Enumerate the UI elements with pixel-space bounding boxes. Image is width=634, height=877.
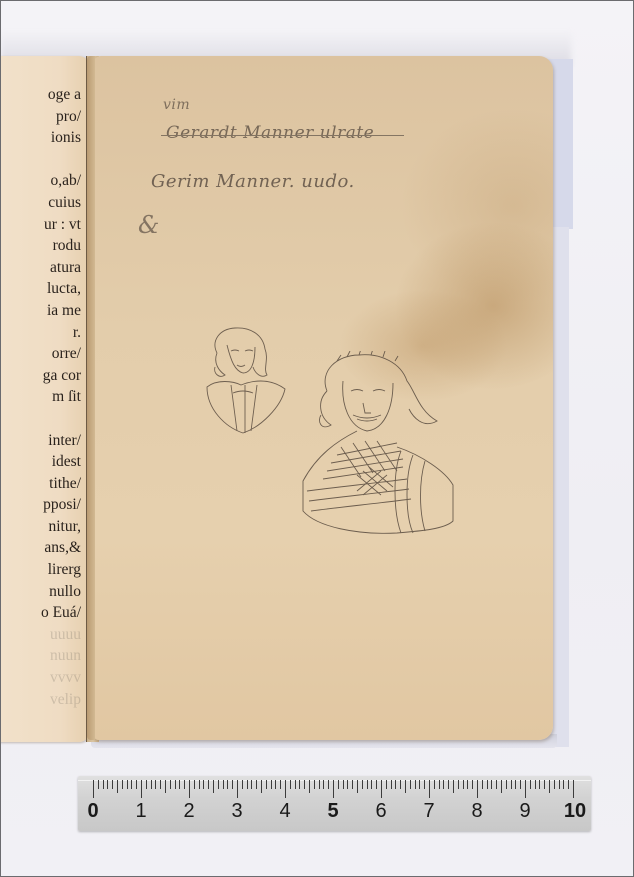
ruler-tick: [463, 780, 464, 789]
ruler-tick: [179, 780, 180, 789]
ruler-tick: [386, 780, 387, 789]
printed-line: pro/: [1, 106, 81, 128]
ruler-tick: [453, 780, 454, 793]
ruler-tick: [333, 780, 334, 798]
printed-line: [1, 149, 81, 171]
strikethrough-line: [161, 135, 404, 136]
ruler-tick: [275, 780, 276, 789]
ruler-tick: [405, 780, 406, 793]
printed-line: idest: [1, 451, 81, 473]
ruler-tick: [549, 780, 550, 793]
printed-line: oge a: [1, 84, 81, 106]
ruler-tick: [117, 780, 118, 793]
ruler-tick: [146, 780, 147, 789]
ruler-tick: [223, 780, 224, 789]
ruler-tick: [515, 780, 516, 789]
ruler-tick: [261, 780, 262, 793]
scale-ruler: 0 1 2 3 4 5 6 7 8 9 10: [78, 776, 591, 831]
ruler-tick: [520, 780, 521, 789]
ruler-tick: [151, 780, 152, 789]
ruler-tick: [415, 780, 416, 789]
ruler-tick: [232, 780, 233, 789]
ruler-tick: [472, 780, 473, 789]
ruler-tick: [280, 780, 281, 789]
printed-line: m ſit: [1, 386, 81, 408]
ruler-tick: [347, 780, 348, 789]
ruler-tick: [482, 780, 483, 789]
ruler-tick: [131, 780, 132, 789]
ruler-tick: [319, 780, 320, 789]
ruler-tick: [155, 780, 156, 789]
ruler-tick: [242, 780, 243, 789]
printed-line: ur : vt: [1, 214, 81, 236]
ruler-tick: [439, 780, 440, 789]
ruler-tick: [309, 780, 310, 793]
ruler-tick: [208, 780, 209, 789]
inscription-line-2-struck: Gerardt Manner ulrate: [166, 123, 374, 143]
printed-line: r.: [1, 322, 81, 344]
ruler-tick: [357, 780, 358, 793]
ruler-tick: [424, 780, 425, 789]
ruler-tick: [175, 780, 176, 789]
spine-edge: [87, 56, 95, 740]
ruler-tick: [496, 780, 497, 789]
ruler-tick: [477, 780, 478, 798]
printed-line: orre/: [1, 343, 81, 365]
ruler-tick: [343, 780, 344, 789]
printed-line: rodu: [1, 235, 81, 257]
printed-line: ans,&: [1, 537, 81, 559]
printed-line: o,ab/: [1, 170, 81, 192]
ruler-tick: [539, 780, 540, 789]
ruler-tick: [328, 780, 329, 789]
ruler-tick: [247, 780, 248, 789]
ruler-tick: [410, 780, 411, 789]
ruler-tick: [295, 780, 296, 789]
ruler-tick: [203, 780, 204, 789]
printed-line: o Euá/: [1, 602, 81, 624]
ruler-tick: [194, 780, 195, 789]
photo-frame: oge a pro/ ionis o,ab/ cuius ur : vt rod…: [0, 0, 634, 877]
printed-line: atura: [1, 257, 81, 279]
ruler-label-7: 7: [423, 800, 434, 823]
bleed-through-line: nuun: [1, 645, 81, 667]
ruler-tick: [141, 780, 142, 798]
ruler-tick: [165, 780, 166, 793]
ruler-tick: [381, 780, 382, 798]
ruler-tick: [218, 780, 219, 789]
ruler-tick: [237, 780, 238, 798]
left-printed-page: oge a pro/ ionis o,ab/ cuius ur : vt rod…: [0, 56, 89, 742]
ruler-tick: [290, 780, 291, 789]
ruler-tick: [544, 780, 545, 789]
printed-line: lirerg: [1, 559, 81, 581]
ruler-label-4: 4: [279, 800, 290, 823]
ruler-tick: [323, 780, 324, 789]
ruler-tick: [184, 780, 185, 789]
ruler-label-2: 2: [183, 800, 194, 823]
ruler-label-8: 8: [471, 800, 482, 823]
inscription-line-3: Gerim Manner. uudo.: [151, 171, 355, 192]
ruler-tick: [573, 780, 574, 798]
small-bust-sketch: [197, 323, 293, 443]
ruler-tick: [338, 780, 339, 789]
ruler-tick: [487, 780, 488, 789]
printed-line: tithe/: [1, 473, 81, 495]
ruler-label-1: 1: [135, 800, 146, 823]
ruler-tick: [371, 780, 372, 789]
ruler-tick: [535, 780, 536, 789]
ruler-tick: [400, 780, 401, 789]
ruler-tick: [448, 780, 449, 789]
ruler-tick: [107, 780, 108, 789]
ruler-tick: [189, 780, 190, 798]
ruler-tick: [122, 780, 123, 789]
large-bust-sketch: [297, 351, 457, 546]
printed-line: lucta,: [1, 278, 81, 300]
bleed-through-line: vvvv: [1, 667, 81, 689]
ruler-tick: [103, 780, 104, 789]
ruler-tick: [98, 780, 99, 789]
ruler-tick: [395, 780, 396, 789]
printed-line: pposi/: [1, 494, 81, 516]
printed-line: cuius: [1, 192, 81, 214]
ruler-tick: [525, 780, 526, 798]
ruler-tick: [170, 780, 171, 789]
ruler-tick: [227, 780, 228, 789]
ruler-label-3: 3: [231, 800, 242, 823]
ruler-tick: [501, 780, 502, 793]
ruler-tick: [554, 780, 555, 789]
ruler-tick: [391, 780, 392, 789]
ruler-tick: [127, 780, 128, 789]
printed-line: nullo: [1, 581, 81, 603]
ruler-tick: [511, 780, 512, 789]
ruler-tick: [213, 780, 214, 793]
ruler-tick: [563, 780, 564, 789]
ruler-tick: [352, 780, 353, 789]
ruler-tick: [251, 780, 252, 789]
bleed-through-line: velip: [1, 689, 81, 711]
ruler-tick: [530, 780, 531, 789]
printed-line: ionis: [1, 127, 81, 149]
ruler-tick: [112, 780, 113, 789]
ruler-tick: [506, 780, 507, 789]
ruler-tick: [362, 780, 363, 789]
ruler-tick: [136, 780, 137, 789]
ruler-tick: [443, 780, 444, 789]
ruler-label-9: 9: [519, 800, 530, 823]
ruler-tick: [559, 780, 560, 789]
ruler-tick: [491, 780, 492, 789]
inscription-flourish: &: [138, 211, 160, 239]
ruler-tick: [568, 780, 569, 789]
ruler-label-10: 10: [564, 800, 586, 823]
ruler-tick: [434, 780, 435, 789]
ruler-tick: [314, 780, 315, 789]
ruler-label-6: 6: [375, 800, 386, 823]
ruler-tick: [419, 780, 420, 789]
printed-line: ga cor: [1, 365, 81, 387]
ruler-tick: [93, 780, 94, 798]
ruler-tick: [376, 780, 377, 789]
printed-line: nitur,: [1, 516, 81, 538]
ruler-tick: [429, 780, 430, 798]
ruler-tick: [256, 780, 257, 789]
bleed-through-line: uuuu: [1, 624, 81, 646]
ruler-tick: [367, 780, 368, 789]
ruler-tick: [160, 780, 161, 789]
ruler-tick: [467, 780, 468, 789]
ruler-tick: [458, 780, 459, 789]
printed-line: inter/: [1, 430, 81, 452]
inscription-line-1: vim: [163, 97, 190, 113]
ruler-tick: [266, 780, 267, 789]
printed-line: [1, 408, 81, 430]
ruler-tick: [299, 780, 300, 789]
ruler-tick: [199, 780, 200, 789]
ruler-label-0: 0: [87, 800, 98, 823]
ruler-tick: [285, 780, 286, 798]
printed-line: ia me: [1, 300, 81, 322]
ruler-tick: [271, 780, 272, 789]
ruler-tick: [304, 780, 305, 789]
ruler-label-5: 5: [327, 800, 338, 823]
printed-text-block: oge a pro/ ionis o,ab/ cuius ur : vt rod…: [1, 84, 81, 710]
inscription-text: Gerardt Manner ulrate: [166, 123, 374, 143]
